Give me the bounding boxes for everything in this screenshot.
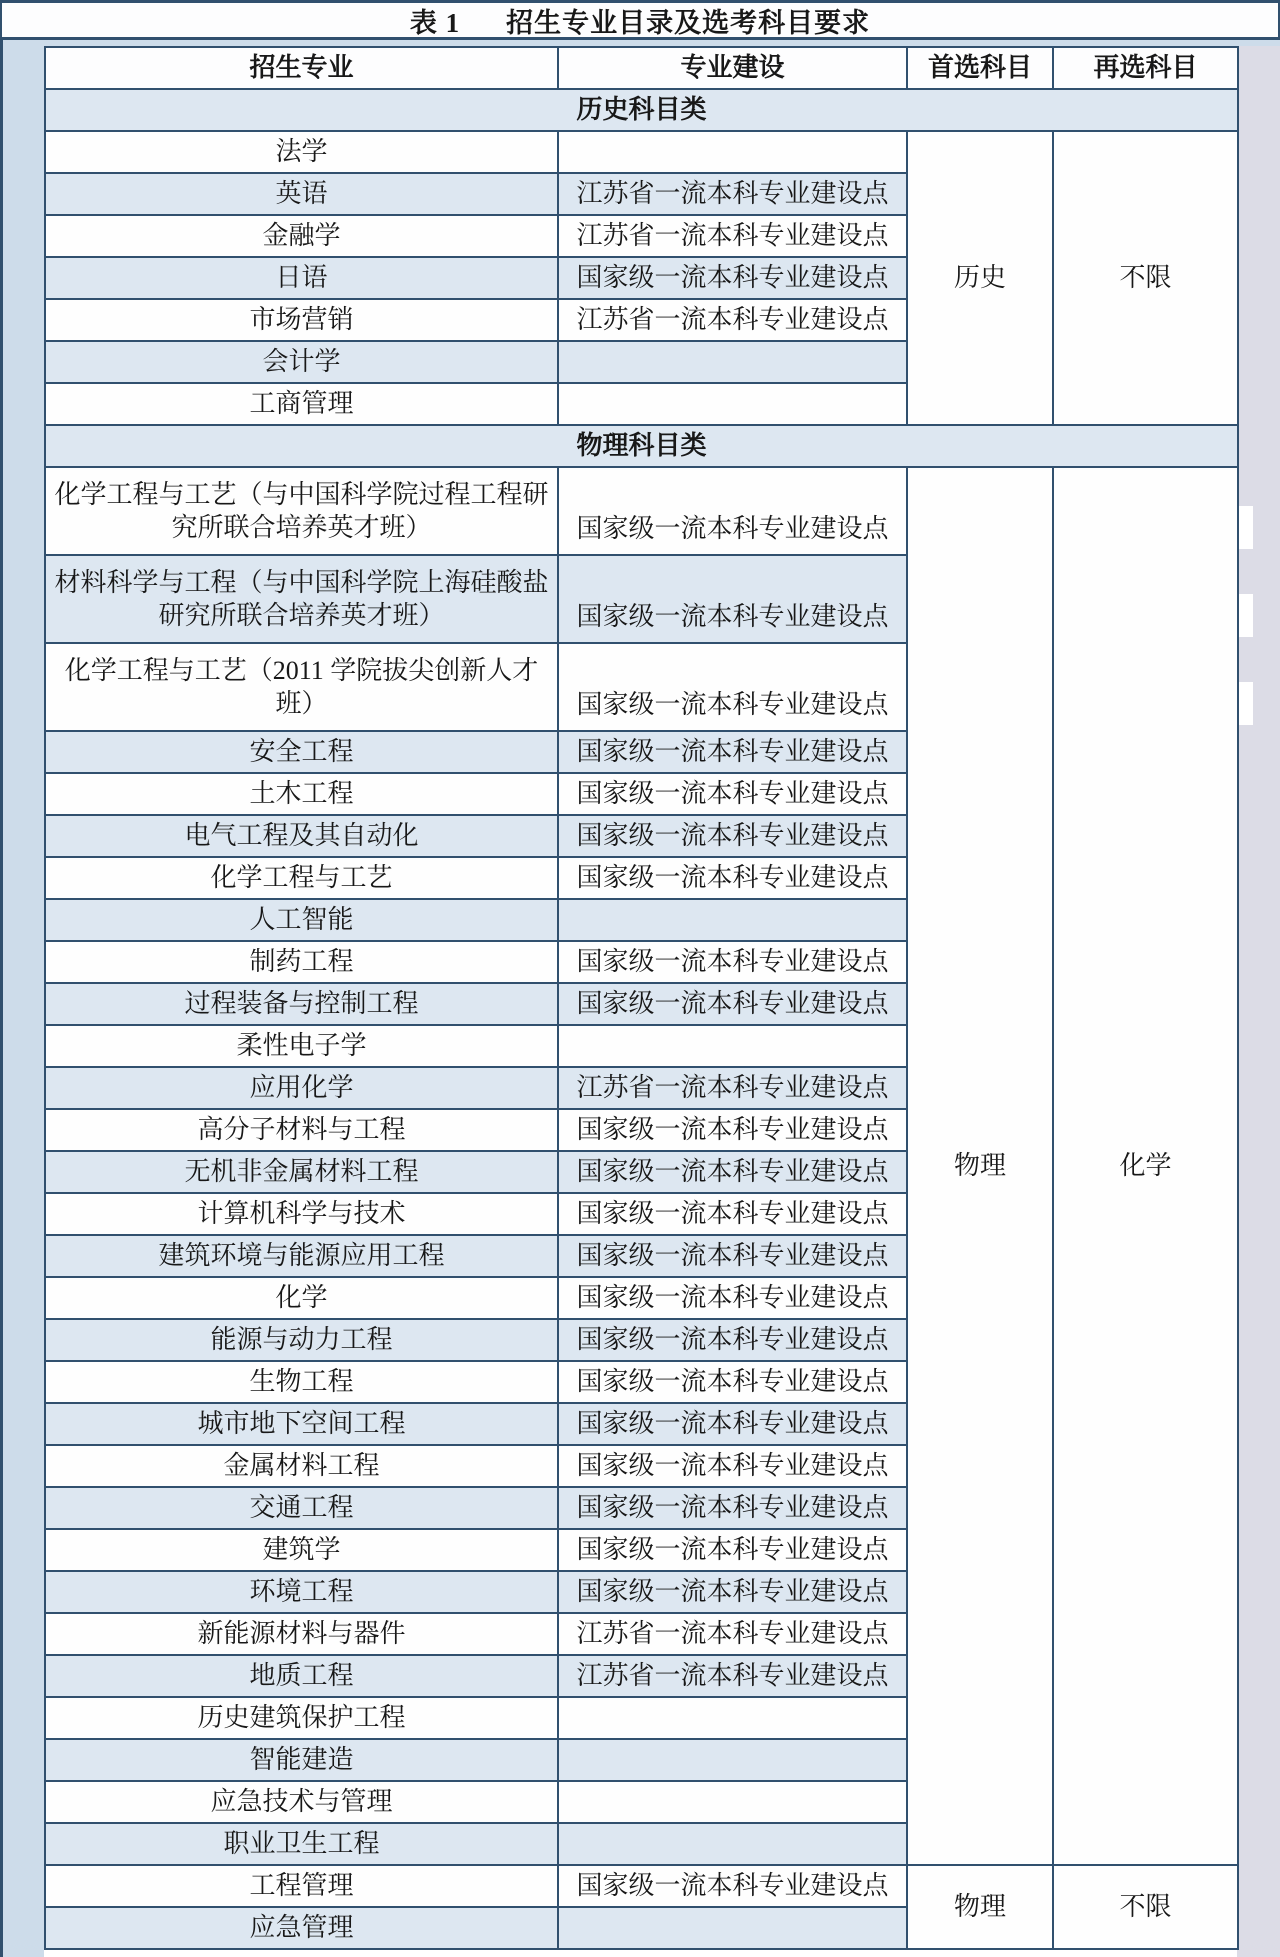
- major-cell: 智能建造: [45, 1739, 558, 1781]
- major-cell: 化学: [45, 1277, 558, 1319]
- construction-cell: 国家级一流本科专业建设点: [558, 1487, 907, 1529]
- section-header-row: 物理科目类: [45, 425, 1238, 467]
- table-row: 化学工程与工艺（与中国科学院过程工程研究所联合培养英才班）国家级一流本科专业建设…: [45, 467, 1238, 555]
- construction-cell: 国家级一流本科专业建设点: [558, 1109, 907, 1151]
- construction-cell: 国家级一流本科专业建设点: [558, 1571, 907, 1613]
- construction-cell: [558, 1025, 907, 1067]
- major-cell: 英语: [45, 173, 558, 215]
- major-cell: 职业卫生工程: [45, 1823, 558, 1865]
- section-header-row: 历史科目类: [45, 89, 1238, 131]
- scan-artifact-tab: [1237, 594, 1253, 637]
- construction-cell: 国家级一流本科专业建设点: [558, 983, 907, 1025]
- major-cell: 地质工程: [45, 1655, 558, 1697]
- construction-cell: 国家级一流本科专业建设点: [558, 1277, 907, 1319]
- second-subject-cell: 不限: [1053, 131, 1238, 425]
- construction-cell: 国家级一流本科专业建设点: [558, 643, 907, 731]
- construction-cell: 江苏省一流本科专业建设点: [558, 1067, 907, 1109]
- page-right-margin: [1237, 46, 1280, 1957]
- major-cell: 材料科学与工程（与中国科学院上海硅酸盐研究所联合培养英才班）: [45, 555, 558, 643]
- table-number-label: 表 1: [410, 1, 460, 40]
- major-cell: 电气工程及其自动化: [45, 815, 558, 857]
- scan-artifact-tab: [1237, 682, 1253, 725]
- first-subject-cell: 历史: [907, 131, 1053, 425]
- major-cell: 工程管理: [45, 1865, 558, 1907]
- page-left-margin: [0, 40, 44, 1957]
- major-cell: 法学: [45, 131, 558, 173]
- section-header-label: 历史科目类: [45, 89, 1238, 131]
- major-cell: 计算机科学与技术: [45, 1193, 558, 1235]
- major-cell: 化学工程与工艺（与中国科学院过程工程研究所联合培养英才班）: [45, 467, 558, 555]
- major-cell: 交通工程: [45, 1487, 558, 1529]
- construction-cell: 国家级一流本科专业建设点: [558, 815, 907, 857]
- header-first-subject: 首选科目: [907, 47, 1053, 89]
- major-cell: 金融学: [45, 215, 558, 257]
- admission-catalog-table-wrap: 招生专业 专业建设 首选科目 再选科目 历史科目类法学历史不限英语江苏省一流本科…: [44, 46, 1239, 1950]
- header-row: 招生专业 专业建设 首选科目 再选科目: [45, 47, 1238, 89]
- construction-cell: 国家级一流本科专业建设点: [558, 857, 907, 899]
- major-cell: 高分子材料与工程: [45, 1109, 558, 1151]
- document-title: 招生专业目录及选考科目要求: [506, 1, 870, 40]
- major-cell: 柔性电子学: [45, 1025, 558, 1067]
- construction-cell: 国家级一流本科专业建设点: [558, 257, 907, 299]
- major-cell: 能源与动力工程: [45, 1319, 558, 1361]
- construction-cell: 江苏省一流本科专业建设点: [558, 1655, 907, 1697]
- construction-cell: 国家级一流本科专业建设点: [558, 1403, 907, 1445]
- construction-cell: 国家级一流本科专业建设点: [558, 1361, 907, 1403]
- construction-cell: 国家级一流本科专业建设点: [558, 941, 907, 983]
- major-cell: 生物工程: [45, 1361, 558, 1403]
- major-cell: 日语: [45, 257, 558, 299]
- construction-cell: 国家级一流本科专业建设点: [558, 1319, 907, 1361]
- construction-cell: [558, 341, 907, 383]
- construction-cell: 江苏省一流本科专业建设点: [558, 173, 907, 215]
- construction-cell: 国家级一流本科专业建设点: [558, 1193, 907, 1235]
- construction-cell: [558, 899, 907, 941]
- document-title-bar: 表 1 招生专业目录及选考科目要求: [0, 0, 1280, 40]
- construction-cell: 国家级一流本科专业建设点: [558, 467, 907, 555]
- second-subject-cell: 不限: [1053, 1865, 1238, 1949]
- major-cell: 化学工程与工艺: [45, 857, 558, 899]
- major-cell: 建筑学: [45, 1529, 558, 1571]
- section-header-label: 物理科目类: [45, 425, 1238, 467]
- construction-cell: 江苏省一流本科专业建设点: [558, 1613, 907, 1655]
- table-row: 法学历史不限: [45, 131, 1238, 173]
- construction-cell: [558, 1739, 907, 1781]
- header-second-subject: 再选科目: [1053, 47, 1238, 89]
- first-subject-cell: 物理: [907, 1865, 1053, 1949]
- major-cell: 过程装备与控制工程: [45, 983, 558, 1025]
- construction-cell: [558, 1697, 907, 1739]
- major-cell: 土木工程: [45, 773, 558, 815]
- catalog-table-body: 历史科目类法学历史不限英语江苏省一流本科专业建设点金融学江苏省一流本科专业建设点…: [45, 89, 1238, 1949]
- major-cell: 历史建筑保护工程: [45, 1697, 558, 1739]
- major-cell: 制药工程: [45, 941, 558, 983]
- major-cell: 新能源材料与器件: [45, 1613, 558, 1655]
- header-construction: 专业建设: [558, 47, 907, 89]
- construction-cell: [558, 383, 907, 425]
- table-row: 工程管理国家级一流本科专业建设点物理不限: [45, 1865, 1238, 1907]
- header-major: 招生专业: [45, 47, 558, 89]
- major-cell: 环境工程: [45, 1571, 558, 1613]
- major-cell: 无机非金属材料工程: [45, 1151, 558, 1193]
- construction-cell: [558, 1781, 907, 1823]
- major-cell: 工商管理: [45, 383, 558, 425]
- construction-cell: 江苏省一流本科专业建设点: [558, 299, 907, 341]
- major-cell: 应急管理: [45, 1907, 558, 1949]
- major-cell: 市场营销: [45, 299, 558, 341]
- major-cell: 应用化学: [45, 1067, 558, 1109]
- major-cell: 化学工程与工艺（2011 学院拔尖创新人才班）: [45, 643, 558, 731]
- construction-cell: [558, 1907, 907, 1949]
- construction-cell: 国家级一流本科专业建设点: [558, 1151, 907, 1193]
- construction-cell: [558, 131, 907, 173]
- construction-cell: 国家级一流本科专业建设点: [558, 1865, 907, 1907]
- major-cell: 应急技术与管理: [45, 1781, 558, 1823]
- scan-artifact-tab: [1237, 506, 1253, 549]
- admission-catalog-table: 招生专业 专业建设 首选科目 再选科目 历史科目类法学历史不限英语江苏省一流本科…: [44, 46, 1239, 1950]
- construction-cell: 国家级一流本科专业建设点: [558, 1235, 907, 1277]
- major-cell: 安全工程: [45, 731, 558, 773]
- major-cell: 建筑环境与能源应用工程: [45, 1235, 558, 1277]
- major-cell: 金属材料工程: [45, 1445, 558, 1487]
- construction-cell: 国家级一流本科专业建设点: [558, 731, 907, 773]
- page: { "title": { "prefix": "表 1", "text": "招…: [0, 0, 1280, 1957]
- construction-cell: 国家级一流本科专业建设点: [558, 773, 907, 815]
- construction-cell: 国家级一流本科专业建设点: [558, 1529, 907, 1571]
- major-cell: 人工智能: [45, 899, 558, 941]
- construction-cell: [558, 1823, 907, 1865]
- first-subject-cell: 物理: [907, 467, 1053, 1865]
- construction-cell: 国家级一流本科专业建设点: [558, 555, 907, 643]
- second-subject-cell: 化学: [1053, 467, 1238, 1865]
- construction-cell: 国家级一流本科专业建设点: [558, 1445, 907, 1487]
- major-cell: 城市地下空间工程: [45, 1403, 558, 1445]
- major-cell: 会计学: [45, 341, 558, 383]
- construction-cell: 江苏省一流本科专业建设点: [558, 215, 907, 257]
